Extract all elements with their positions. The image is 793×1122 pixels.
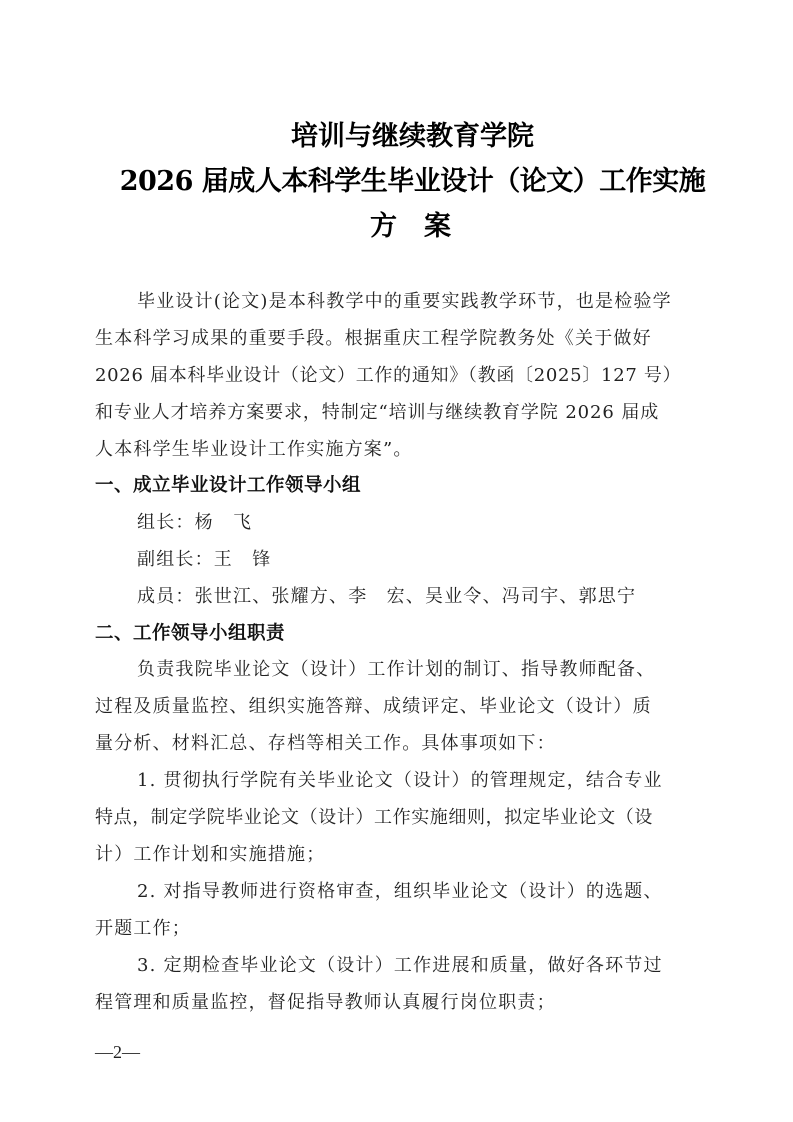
document-title-line-3: 方 案 bbox=[14, 205, 793, 249]
intro-paragraph-line: 人本科学生毕业设计工作实施方案”。 bbox=[95, 431, 413, 468]
document-title-line-2: 2026 届成人本科学生毕业设计（论文）工作实施 bbox=[16, 160, 793, 204]
intro-paragraph-line: 毕业设计(论文)是本科教学中的重要实践教学环节，也是检验学 bbox=[95, 283, 672, 320]
item-3-line: 程管理和质量监控，督促指导教师认真履行岗位职责； bbox=[95, 984, 556, 1021]
item-2-line: 开题工作； bbox=[95, 910, 191, 947]
section-2-heading: 二、工作领导小组职责 bbox=[95, 615, 285, 652]
item-1-line: 1. 贯彻执行学院有关毕业论文（设计）的管理规定，结合专业 bbox=[95, 762, 663, 799]
page-number: —2— bbox=[95, 1042, 140, 1063]
intro-paragraph-line: 生本科学习成果的重要手段。根据重庆工程学院教务处《关于做好 bbox=[95, 320, 652, 357]
intro-paragraph-line: 和专业人才培养方案要求，特制定“培训与继续教育学院 2026 届成 bbox=[95, 394, 659, 431]
item-1-line: 特点，制定学院毕业论文（设计）工作实施细则，拟定毕业论文（设 bbox=[95, 799, 653, 836]
section-2-intro-line: 负责我院毕业论文（设计）工作计划的制订、指导教师配备、 bbox=[95, 651, 655, 688]
section-2-intro-line: 量分析、材料汇总、存档等相关工作。具体事项如下： bbox=[95, 725, 556, 762]
item-2-line: 2. 对指导教师进行资格审查，组织毕业论文（设计）的选题、 bbox=[95, 873, 663, 910]
group-leader: 组长：杨 飞 bbox=[95, 504, 252, 541]
section-2-intro-line: 过程及质量监控、组织实施答辩、成绩评定、毕业论文（设计）质 bbox=[95, 688, 652, 725]
intro-paragraph-line: 2026 届本科毕业设计（论文）工作的通知》（教函〔2025〕127 号） bbox=[95, 357, 681, 394]
group-members: 成员：张世江、张耀方、李 宏、吴业令、冯司宇、郭思宁 bbox=[95, 578, 636, 615]
section-1-heading: 一、成立毕业设计工作领导小组 bbox=[95, 467, 361, 504]
item-3-line: 3. 定期检查毕业论文（设计）工作进展和质量，做好各环节过 bbox=[95, 947, 663, 984]
group-vice-leader: 副组长：王 锋 bbox=[95, 541, 271, 578]
item-1-line: 计）工作计划和实施措施； bbox=[95, 836, 325, 873]
document-title-line-1: 培训与继续教育学院 bbox=[16, 115, 793, 159]
